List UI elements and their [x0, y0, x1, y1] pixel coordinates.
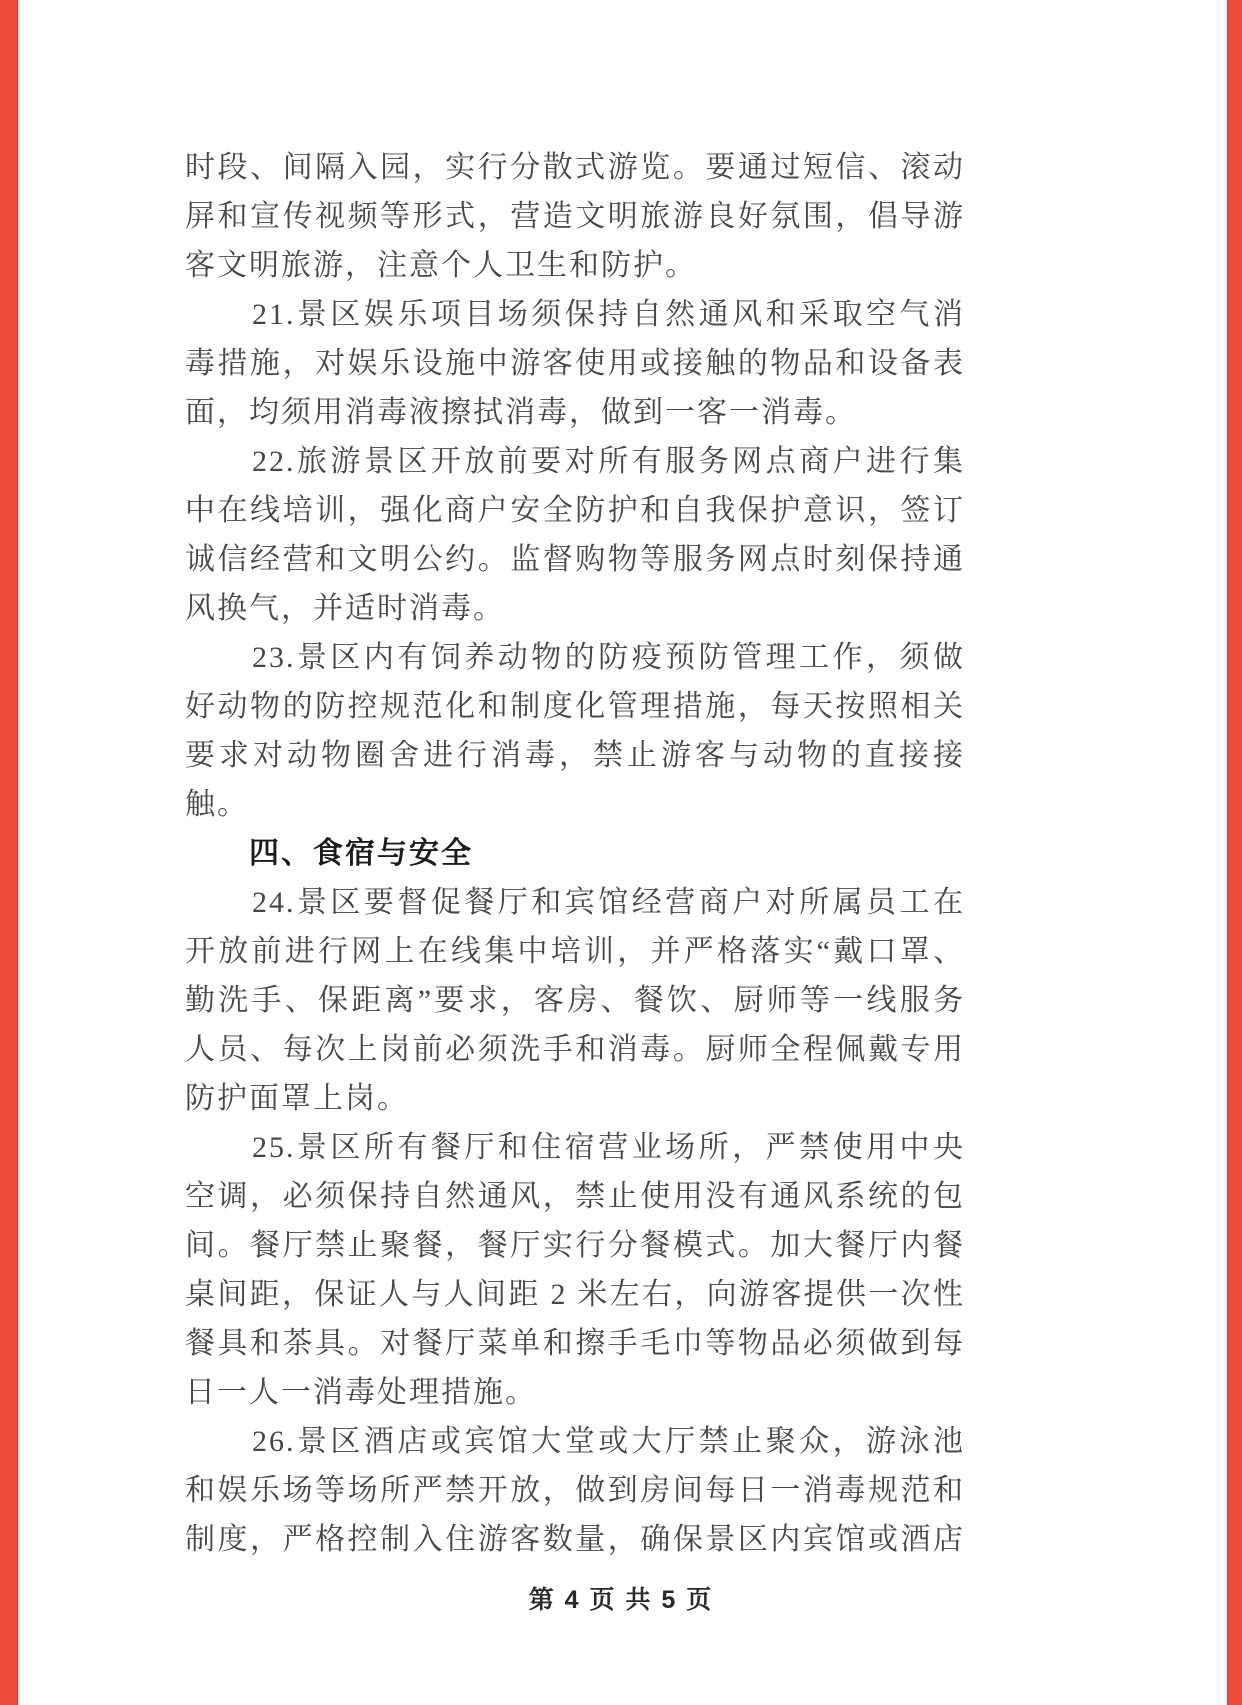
document-content: 时段、间隔入园，实行分散式游览。要通过短信、滚动屏和宣传视频等形式，营造文明旅游… [185, 143, 965, 1564]
text-line: 空调，必须保持自然通风，禁止使用没有通风系统的包 [185, 1172, 965, 1221]
text-line: 防护面罩上岗。 [185, 1074, 965, 1123]
section-heading: 四、食宿与安全 [185, 829, 965, 878]
page-right-shadow [1223, 0, 1227, 1705]
text-line: 开放前进行网上在线集中培训，并严格落实“戴口罩、 [185, 927, 965, 976]
document-viewer: 时段、间隔入园，实行分散式游览。要通过短信、滚动屏和宣传视频等形式，营造文明旅游… [0, 0, 1242, 1705]
text-line: 勤洗手、保距离”要求，客房、餐饮、厨师等一线服务 [185, 976, 965, 1025]
text-line: 客文明旅游，注意个人卫生和防护。 [185, 241, 965, 290]
page-left-shadow [18, 0, 22, 1705]
text-line: 21.景区娱乐项目场须保持自然通风和采取空气消 [185, 290, 965, 339]
text-line: 人员、每次上岗前必须洗手和消毒。厨师全程佩戴专用 [185, 1025, 965, 1074]
text-line: 时段、间隔入园，实行分散式游览。要通过短信、滚动 [185, 143, 965, 192]
text-line: 诚信经营和文明公约。监督购物等服务网点时刻保持通 [185, 535, 965, 584]
text-line: 制度，严格控制入住游客数量，确保景区内宾馆或酒店 [185, 1515, 965, 1564]
text-line: 餐具和茶具。对餐厅菜单和擦手毛巾等物品必须做到每 [185, 1319, 965, 1368]
text-line: 桌间距，保证人与人间距 2 米左右，向游客提供一次性 [185, 1270, 965, 1319]
text-line: 26.景区酒店或宾馆大堂或大厅禁止聚众，游泳池 [185, 1417, 965, 1466]
text-line: 中在线培训，强化商户安全防护和自我保护意识，签订 [185, 486, 965, 535]
text-line: 22.旅游景区开放前要对所有服务网点商户进行集 [185, 437, 965, 486]
text-line: 和娱乐场等场所严禁开放，做到房间每日一消毒规范和 [185, 1466, 965, 1515]
text-line: 25.景区所有餐厅和住宿营业场所，严禁使用中央 [185, 1123, 965, 1172]
text-line: 风换气，并适时消毒。 [185, 584, 965, 633]
text-line: 面，均须用消毒液擦拭消毒，做到一客一消毒。 [185, 388, 965, 437]
text-line: 23.景区内有饲养动物的防疫预防管理工作，须做 [185, 633, 965, 682]
text-line: 毒措施，对娱乐设施中游客使用或接触的物品和设备表 [185, 339, 965, 388]
right-red-edge [1227, 0, 1242, 1705]
text-line: 屏和宣传视频等形式，营造文明旅游良好氛围，倡导游 [185, 192, 965, 241]
text-line: 好动物的防控规范化和制度化管理措施，每天按照相关 [185, 682, 965, 731]
text-line: 24.景区要督促餐厅和宾馆经营商户对所属员工在 [185, 878, 965, 927]
text-line: 日一人一消毒处理措施。 [185, 1368, 965, 1417]
left-red-edge [0, 0, 18, 1705]
page-number: 第 4 页 共 5 页 [0, 1580, 1242, 1616]
text-line: 触。 [185, 780, 965, 829]
text-line: 要求对动物圈舍进行消毒，禁止游客与动物的直接接 [185, 731, 965, 780]
text-line: 间。餐厅禁止聚餐，餐厅实行分餐模式。加大餐厅内餐 [185, 1221, 965, 1270]
